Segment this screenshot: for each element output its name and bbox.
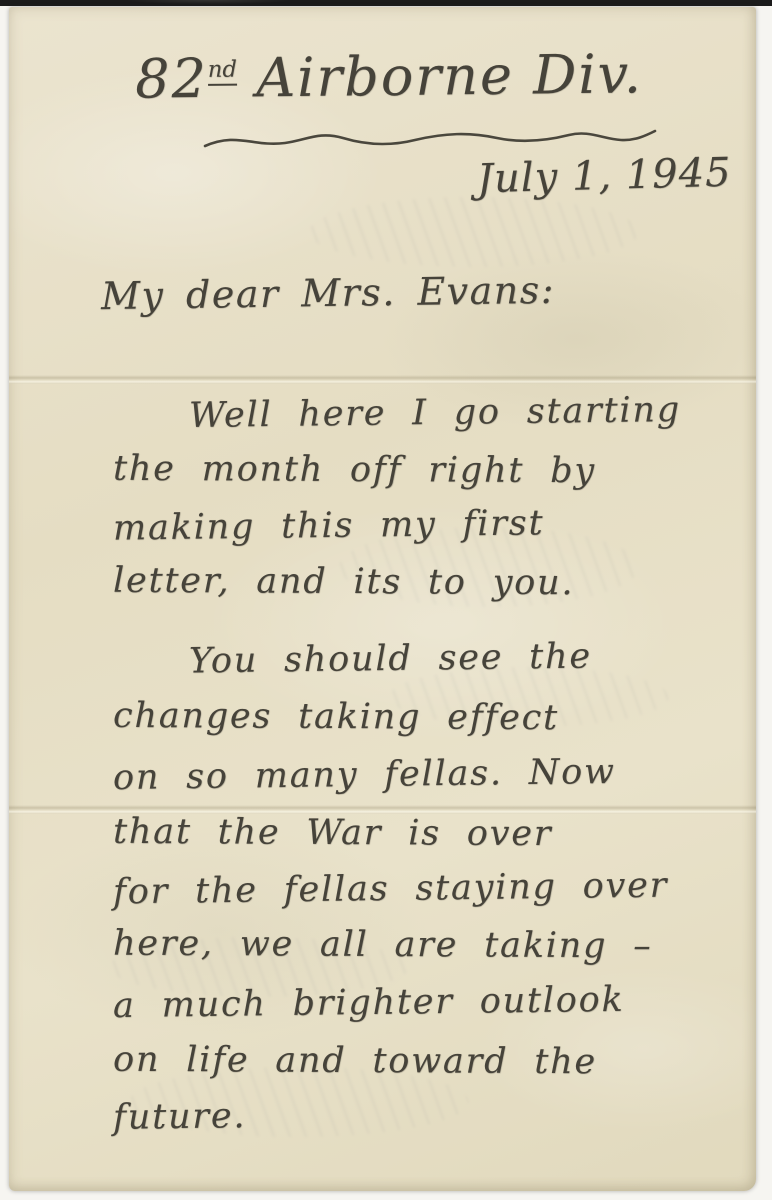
scanned-letter-page: { "letter": { "heading": { "unit_number"… bbox=[0, 0, 772, 1200]
body-line: here, we all are taking – bbox=[113, 920, 653, 971]
body-line: a much brighter outlook bbox=[113, 976, 625, 1030]
body-line: that the War is over bbox=[113, 808, 553, 858]
body-line: on life and toward the bbox=[113, 1036, 597, 1087]
letter-paper: 82nd Airborne Div. July 1, 1945 My dear … bbox=[9, 7, 756, 1191]
body-line: Well here I go starting bbox=[189, 386, 682, 440]
unit-number: 82 bbox=[135, 47, 208, 111]
body-line: You should see the bbox=[189, 633, 592, 686]
body-line: the month off right by bbox=[113, 445, 596, 496]
body-line: future. bbox=[113, 1092, 247, 1142]
body-line: on so many fellas. Now bbox=[113, 748, 616, 802]
underline-flourish bbox=[201, 119, 659, 157]
body-line: making this my first bbox=[113, 499, 545, 552]
letterhead-unit: 82nd Airborne Div. bbox=[79, 42, 700, 111]
date-line: July 1, 1945 bbox=[476, 150, 732, 203]
body-line: letter, and its to you. bbox=[113, 557, 575, 607]
body-line: changes taking effect bbox=[113, 692, 559, 742]
fold-crease-upper bbox=[9, 375, 756, 384]
salutation: My dear Mrs. Evans: bbox=[101, 268, 556, 318]
body-line: for the fellas staying over bbox=[113, 862, 669, 917]
unit-ordinal-superscript: nd bbox=[208, 57, 237, 86]
unit-name: Airborne Div. bbox=[237, 42, 644, 109]
show-through-smudge bbox=[309, 197, 639, 267]
